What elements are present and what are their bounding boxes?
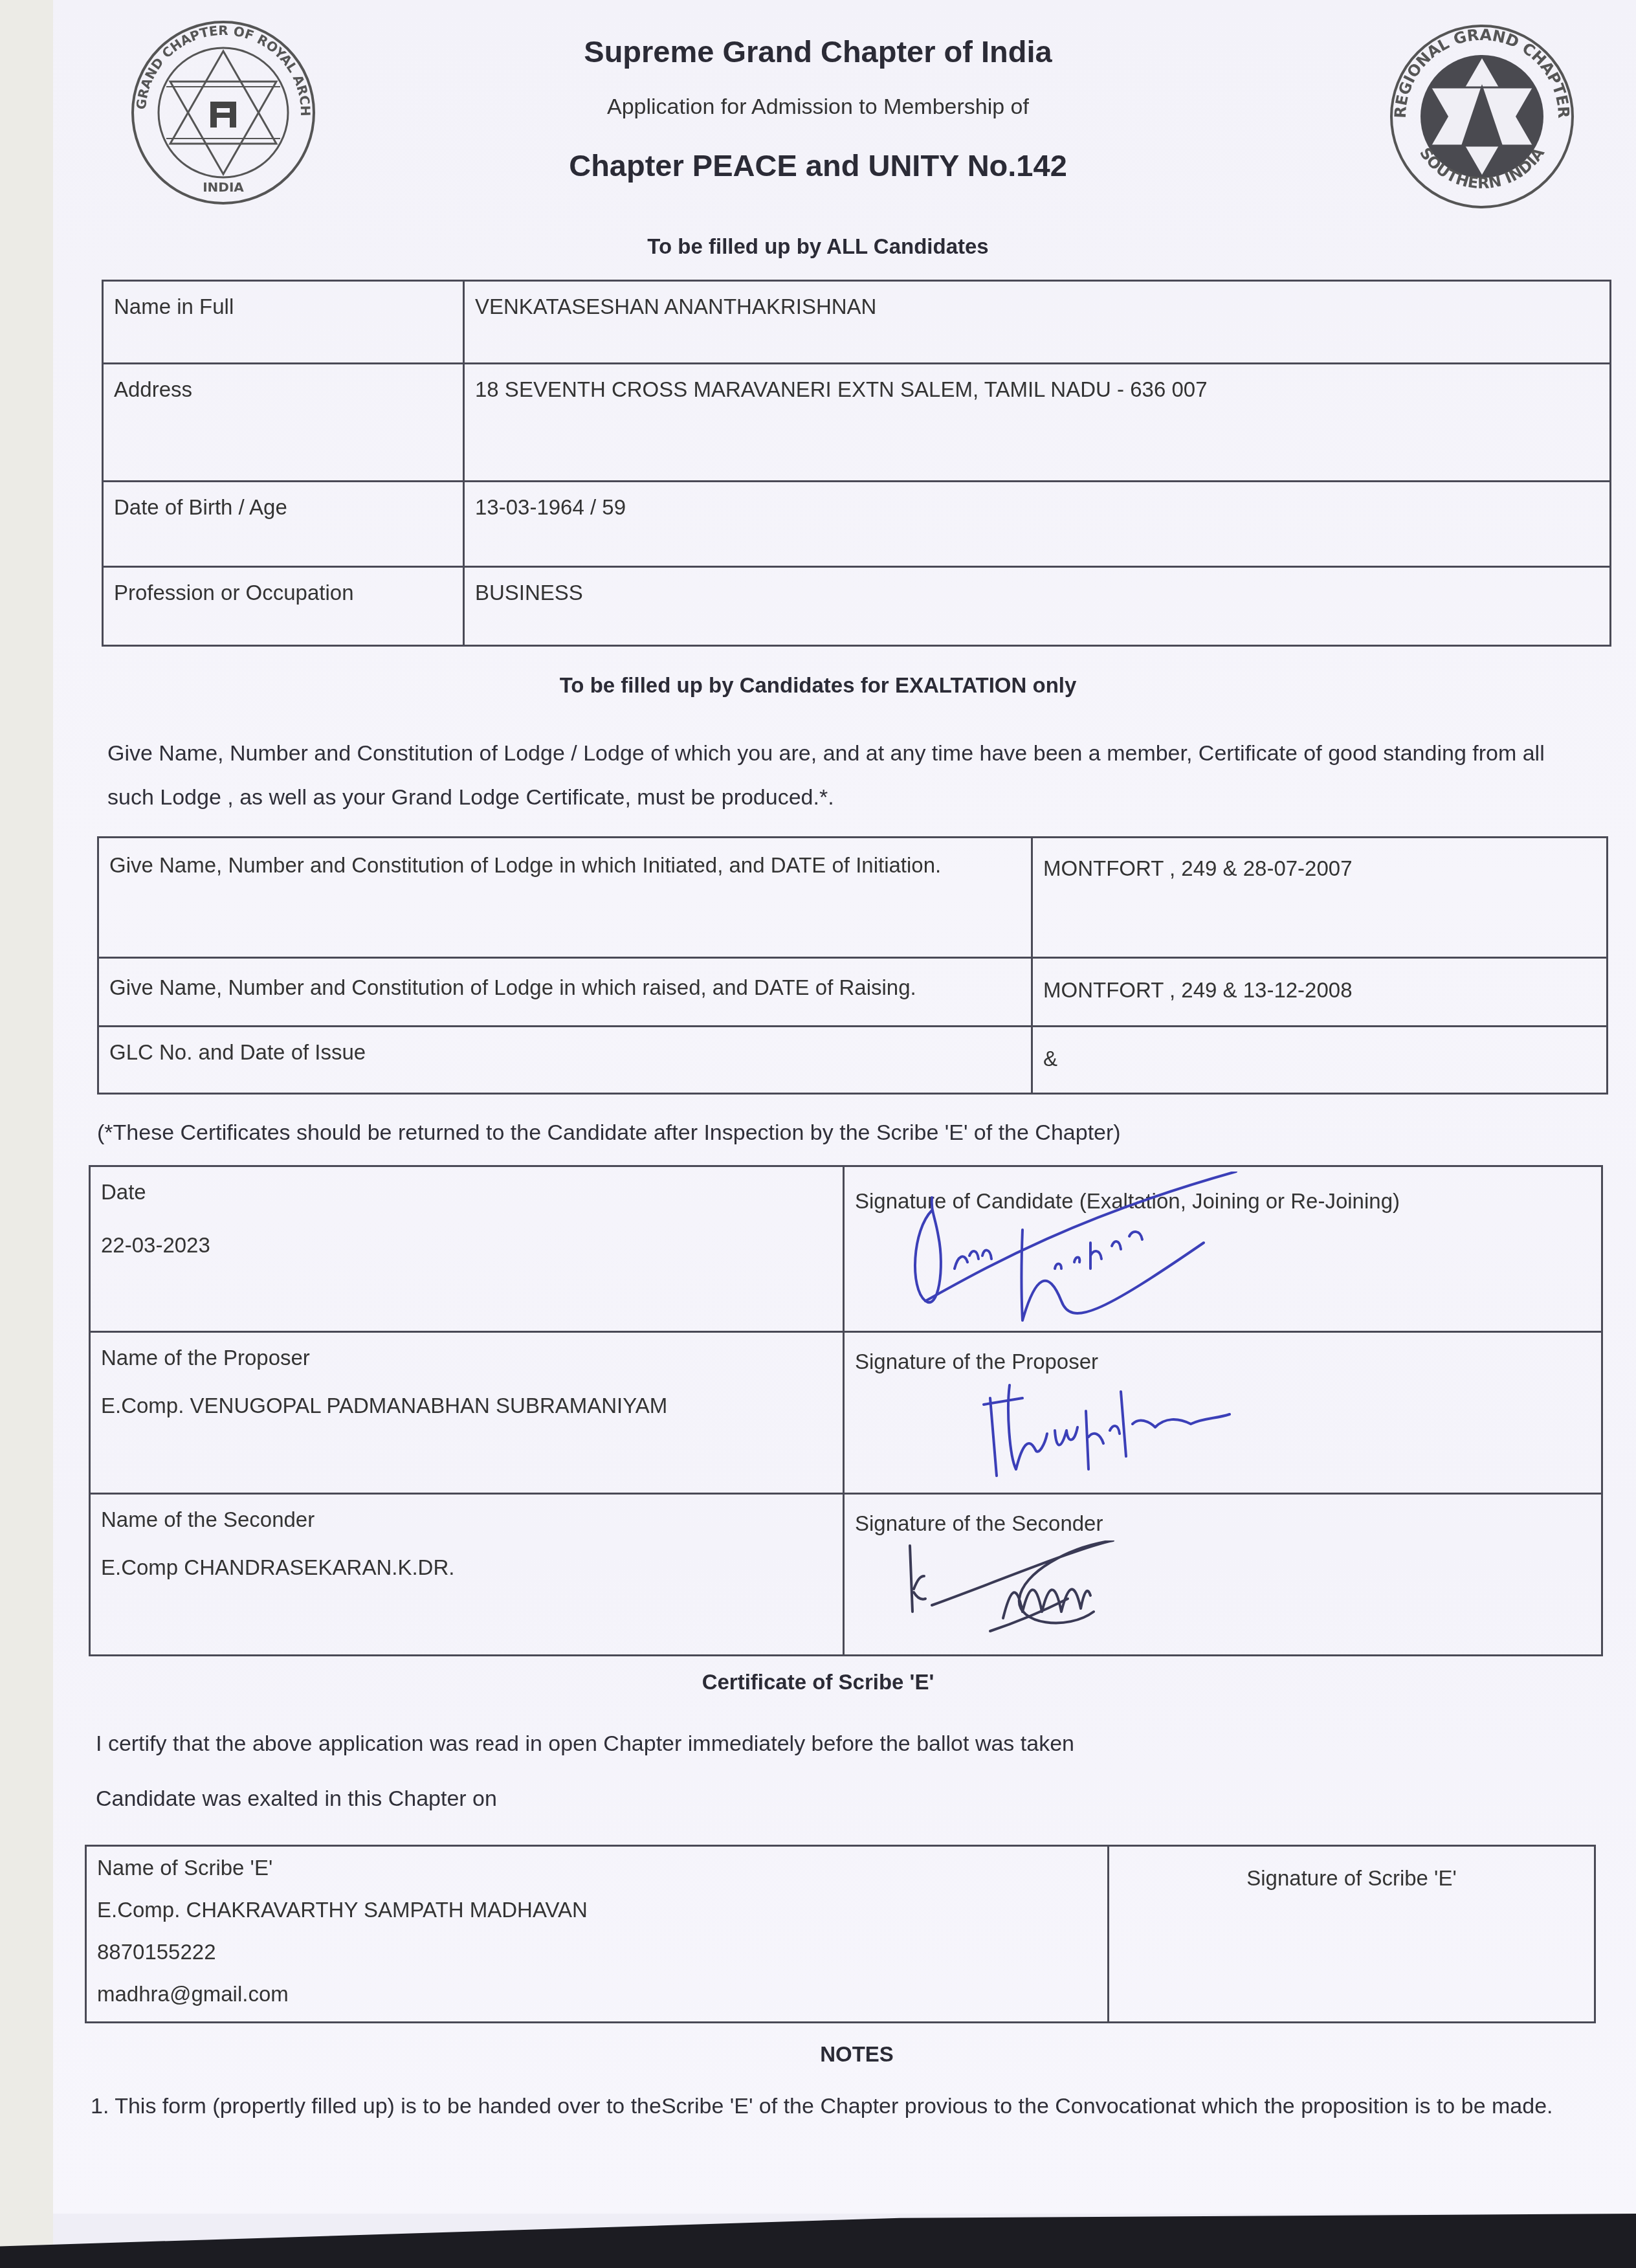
table-row: Date 22-03-2023 Signature of Candidate (… bbox=[90, 1166, 1602, 1332]
candidate-details-table: Name in Full VENKATASESHAN ANANTHAKRISHN… bbox=[102, 280, 1611, 647]
glc-value[interactable]: & bbox=[1032, 1027, 1608, 1094]
document-subtitle: Application for Admission to Membership … bbox=[0, 94, 1636, 120]
scribe-table: Name of Scribe 'E' E.Comp. CHAKRAVARTHY … bbox=[85, 1845, 1596, 2023]
date-label: Date bbox=[101, 1180, 832, 1205]
scan-edge bbox=[0, 0, 53, 2268]
occupation-value[interactable]: BUSINESS bbox=[464, 567, 1611, 646]
name-in-full-value[interactable]: VENKATASESHAN ANANTHAKRISHNAN bbox=[464, 281, 1611, 364]
field-label: Date of Birth / Age bbox=[103, 482, 464, 567]
proposer-signature-label: Signature of the Proposer bbox=[855, 1350, 1591, 1374]
section-heading-all-candidates: To be filled up by ALL Candidates bbox=[0, 234, 1636, 259]
table-row: Name of the Proposer E.Comp. VENUGOPAL P… bbox=[90, 1332, 1602, 1494]
table-row: Profession or Occupation BUSINESS bbox=[103, 567, 1611, 646]
field-label: Give Name, Number and Constitution of Lo… bbox=[98, 958, 1032, 1027]
initiation-value[interactable]: MONTFORT , 249 & 28-07-2007 bbox=[1032, 838, 1608, 958]
section-heading-scribe: Certificate of Scribe 'E' bbox=[0, 1670, 1636, 1695]
field-label: Name in Full bbox=[103, 281, 464, 364]
candidate-signature-label: Signature of Candidate (Exaltation, Join… bbox=[855, 1189, 1591, 1214]
scribe-name-label: Name of Scribe 'E' bbox=[97, 1847, 1097, 1889]
table-row: GLC No. and Date of Issue & bbox=[98, 1027, 1608, 1094]
field-label: Give Name, Number and Constitution of Lo… bbox=[98, 838, 1032, 958]
date-value[interactable]: 22-03-2023 bbox=[101, 1233, 832, 1258]
seconder-name-value[interactable]: E.Comp CHANDRASEKARAN.K.DR. bbox=[101, 1555, 832, 1580]
notes-heading: NOTES bbox=[39, 2042, 1636, 2067]
scribe-signature-label: Signature of Scribe 'E' bbox=[1120, 1866, 1584, 1891]
seconder-name-label: Name of the Seconder bbox=[101, 1507, 832, 1532]
scribe-email-value[interactable]: madhra@gmail.com bbox=[97, 1973, 1097, 2015]
scribe-name-value[interactable]: E.Comp. CHAKRAVARTHY SAMPATH MADHAVAN bbox=[97, 1889, 1097, 1931]
signature-table: Date 22-03-2023 Signature of Candidate (… bbox=[89, 1165, 1603, 1656]
table-row: Give Name, Number and Constitution of Lo… bbox=[98, 838, 1608, 958]
lodge-details-table: Give Name, Number and Constitution of Lo… bbox=[97, 836, 1608, 1095]
field-label: GLC No. and Date of Issue bbox=[98, 1027, 1032, 1094]
certificate-footnote: (*These Certificates should be returned … bbox=[97, 1111, 1586, 1155]
scribe-certify-text: I certify that the above application was… bbox=[96, 1722, 1584, 1766]
dob-age-value[interactable]: 13-03-1964 / 59 bbox=[464, 482, 1611, 567]
exaltation-instructions: Give Name, Number and Constitution of Lo… bbox=[107, 731, 1596, 819]
address-value[interactable]: 18 SEVENTH CROSS MARAVANERI EXTN SALEM, … bbox=[464, 364, 1611, 482]
chapter-name: Chapter PEACE and UNITY No.142 bbox=[0, 148, 1636, 183]
table-row: Address 18 SEVENTH CROSS MARAVANERI EXTN… bbox=[103, 364, 1611, 482]
table-row: Give Name, Number and Constitution of Lo… bbox=[98, 958, 1608, 1027]
raising-value[interactable]: MONTFORT , 249 & 13-12-2008 bbox=[1032, 958, 1608, 1027]
document-title: Supreme Grand Chapter of India bbox=[0, 34, 1636, 69]
scribe-exalted-text: Candidate was exalted in this Chapter on bbox=[96, 1777, 1584, 1821]
proposer-name-label: Name of the Proposer bbox=[101, 1346, 832, 1370]
scan-shadow bbox=[0, 2214, 1636, 2268]
note-item: 1. This form (propertly filled up) is to… bbox=[91, 2084, 1592, 2128]
table-row: Name of the Seconder E.Comp CHANDRASEKAR… bbox=[90, 1494, 1602, 1656]
seconder-signature-label: Signature of the Seconder bbox=[855, 1511, 1591, 1536]
table-row: Name in Full VENKATASESHAN ANANTHAKRISHN… bbox=[103, 281, 1611, 364]
table-row: Date of Birth / Age 13-03-1964 / 59 bbox=[103, 482, 1611, 567]
table-row: Name of Scribe 'E' E.Comp. CHAKRAVARTHY … bbox=[86, 1846, 1595, 2023]
field-label: Profession or Occupation bbox=[103, 567, 464, 646]
scribe-phone-value[interactable]: 8870155222 bbox=[97, 1931, 1097, 1973]
proposer-name-value[interactable]: E.Comp. VENUGOPAL PADMANABHAN SUBRAMANIY… bbox=[101, 1394, 832, 1418]
field-label: Address bbox=[103, 364, 464, 482]
section-heading-exaltation: To be filled up by Candidates for EXALTA… bbox=[0, 673, 1636, 698]
